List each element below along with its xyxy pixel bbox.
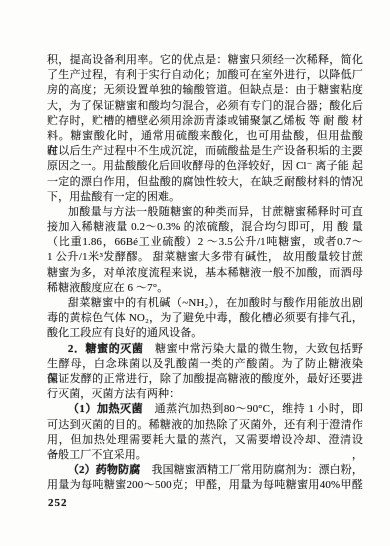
text-line: 保证发酵的正常进行，除了加酸提高糖液的酸度外，最好还要进 [47,372,363,387]
text-line: 甜菜糖蜜中的有机碱（~NH₂），在加酸时与酸作用能放出剧 [47,296,363,311]
text-line: 在以后生产过程中不生成沉淀，而硫酸盐是生产设备积垢的主要 [47,144,363,159]
text-line: 大，为了保证糖蜜和酸均匀混合，必须有专门的混合器；酸化后 [47,99,363,114]
text-line: 料。糖蜜酸化时，通常用硫酸来酸化，也可用盐酸，但用盐酸时， [47,129,363,144]
inline-heading: 2．糖蜜的灭菌 [68,343,144,355]
scanned-page: 积，提高设备利用率。它的优点是：糖蜜只须经一次稀释，简化了生产过程，有利于实行自… [0,0,390,546]
text-line: 1 公升/1米³发酵醪。 甜菜糖蜜大多带有碱性， 故用酸量较甘蔗 [47,250,363,265]
text-line: 加酸量与方法一般随糖蜜的种类而异，甘蔗糖蜜稀释时可直 [47,205,363,220]
text-line: 房的高度；无须设置单独的输酸管道。但缺点是：由于糖蜜粘度 [47,83,363,98]
text-line: 一定的漂白作用，但盐酸的腐蚀性较大，在缺乏耐酸材料的情况 [47,175,363,190]
text-line: （2）药物防腐 我国糖蜜酒精工厂常用防腐剂为：漂白粉， [47,463,363,478]
text-line: 原因之一。用盐酸酸化后回收酵母的色泽较好，因 Cl⁻ 离子能 起 [47,159,363,174]
text-line: 用量为每吨糖蜜200～500克；甲醛，用量为每吨糖蜜用40%甲醛 [47,478,363,493]
text-line: 接加入稀糖液量 0.2～0.3% 的浓硫酸，混合均匀即可，用 酸 量 [47,220,363,235]
page-number: 252 [48,497,68,509]
text-line: 稀糖液酸度应在 6 ～7°。 [47,281,363,296]
text-line: 毒的黄棕色气体 NO₂，为了避免中毒，酸化槽必须要有排气孔， [47,311,363,326]
text-line: 2．糖蜜的灭菌 糖蜜中常污染大量的微生物，大致包括野 [47,342,363,357]
text-line: 下，用盐酸有一定的困难。 [47,190,363,205]
text-line: 用，但加热处理需要耗大量的蒸汽，又需要增设冷却、澄清设备， [47,433,363,448]
text-line: 可达到灭菌的目的。稀糖液的加热除了灭菌外，还有利于澄清作 [47,418,363,433]
text-line: 酸化工段应有良好的通风设备。 [47,326,363,341]
inline-heading: （2）药物防腐 [68,464,140,476]
text-line: （1）加热灭菌 通蒸汽加热到80～90°C，维持 1 小时，即 [47,402,363,417]
inline-heading: （1）加热灭菌 [68,403,143,415]
page-text: 积，提高设备利用率。它的优点是：糖蜜只须经一次稀释，简化了生产过程，有利于实行自… [47,53,363,493]
text-line: 贮存时，贮槽的槽壁必须用涂沥青漆或铺聚氯乙烯板 等 耐 酸 材 [47,114,363,129]
text-line: 了生产过程，有利于实行自动化；加酸可在室外进行，以降低厂 [47,68,363,83]
text-line: 行灭菌，灭菌方法有两种： [47,387,363,402]
text-line: 糖蜜为多，对单浓度流程来说，基本稀糖液一般不加酸，而酒母 [47,266,363,281]
text-line: （比重1.86，66Bé工业硫酸）2 ～3.5公升/1吨糖蜜，或者0.7～ [47,235,363,250]
text-line: 积，提高设备利用率。它的优点是：糖蜜只须经一次稀释，简化 [47,53,363,68]
text-line: 生酵母，白念珠菌以及乳酸菌一类的产酸菌。为了防止糖液染菌， [47,357,363,372]
